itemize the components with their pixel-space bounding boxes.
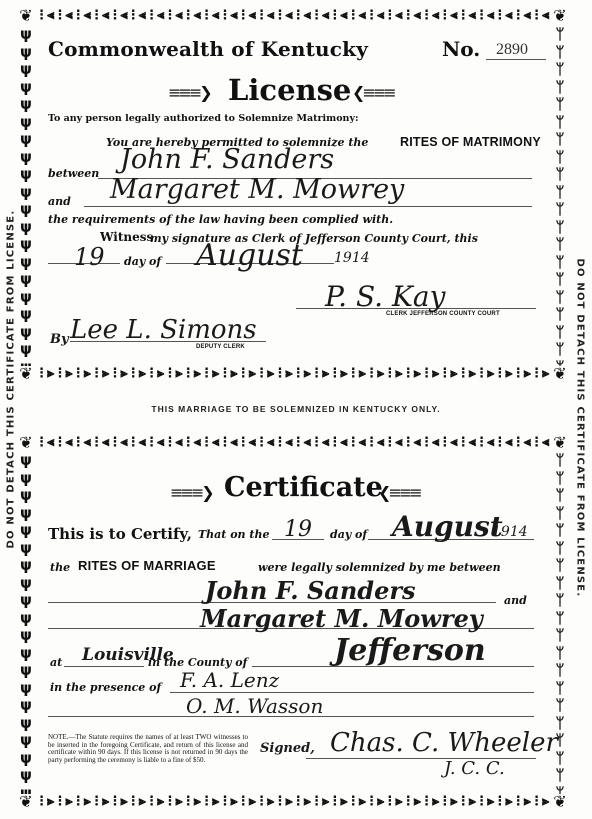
border-corner-ornament: ❦ <box>17 365 35 383</box>
witness1-handwritten: F. A. Lenz <box>180 668 279 692</box>
witness2-handwritten: O. M. Wasson <box>186 694 323 718</box>
cert-month-handwritten: August <box>392 510 503 543</box>
by-label: By <box>50 332 69 347</box>
commonwealth-header: Commonwealth of Kentucky <box>48 37 368 61</box>
left-flourish-icon: ≡≡≡❯ <box>168 83 210 102</box>
license-number-value: 2890 <box>486 41 546 60</box>
cert-day-of-label: day of <box>330 528 367 541</box>
statute-note: NOTE.—The Statute requires the names of … <box>48 734 248 764</box>
license-number-label: No. <box>442 37 480 61</box>
license-right-border: ᛘᛘᛘᛘᛘᛘᛘᛘᛘᛘᛘᛘᛘᛘᛘᛘᛘᛘᛘᛘ <box>551 26 569 366</box>
border-corner-ornament: ❦ <box>17 7 35 25</box>
cert-groom-handwritten: John F. Sanders <box>205 576 416 605</box>
license-top-border: ⋮⫷⋮⫷⋮⫷⋮⫷⋮⫷⋮⫷⋮⫷⋮⫷⋮⫷⋮⫷⋮⫷⋮⫷⋮⫷⋮⫷⋮⫷⋮⫷⋮⫷⋮⫷⋮⫷⋮⫷… <box>35 9 552 23</box>
officiant-signature: Chas. C. Wheeler <box>330 728 558 758</box>
deputy-title: DEPUTY CLERK <box>196 344 245 350</box>
day-of-label: day of <box>124 255 161 268</box>
border-corner-ornament: ❦ <box>551 793 569 811</box>
border-corner-ornament: ❦ <box>17 793 35 811</box>
license-day-handwritten: 19 <box>74 243 105 271</box>
clerk-signature: P. S. Kay <box>325 280 445 313</box>
county-handwritten: Jefferson <box>334 633 486 668</box>
deputy-signature: Lee L. Simons <box>70 315 257 345</box>
license-year-handwritten: 1914 <box>334 250 370 266</box>
clerk-title: CLERK JEFFERSON COUNTY COURT <box>386 311 500 317</box>
cert-bride-handwritten: Margaret M. Mowrey <box>200 604 483 633</box>
addressee-text: To any person legally authorized to Sole… <box>48 113 359 124</box>
rites-of-marriage: RITES OF MARRIAGE <box>78 558 216 573</box>
license-bottom-border: ⋮⫸⋮⫸⋮⫸⋮⫸⋮⫸⋮⫸⋮⫸⋮⫸⋮⫸⋮⫸⋮⫸⋮⫸⋮⫸⋮⫸⋮⫸⋮⫸⋮⫸⋮⫸⋮⫸⋮⫸… <box>35 367 552 381</box>
at-label: at <box>50 656 62 669</box>
bride-name-handwritten: Margaret M. Mowrey <box>110 174 404 205</box>
border-corner-ornament: ❦ <box>551 365 569 383</box>
border-corner-ornament: ❦ <box>551 434 569 452</box>
cert-and-label: and <box>504 594 527 607</box>
signed-label: Signed, <box>260 741 315 756</box>
officiant-title: J. C. C. <box>444 758 505 779</box>
border-corner-ornament: ❦ <box>551 7 569 25</box>
that-on-text: That on the <box>198 528 269 541</box>
kentucky-only-notice: THIS MARRIAGE TO BE SOLEMNIZED IN KENTUC… <box>0 404 592 414</box>
certificate-bottom-border: ⋮⫸⋮⫸⋮⫸⋮⫸⋮⫸⋮⫸⋮⫸⋮⫸⋮⫸⋮⫸⋮⫸⋮⫸⋮⫸⋮⫸⋮⫸⋮⫸⋮⫸⋮⫸⋮⫸⋮⫸… <box>35 795 552 809</box>
certify-label: This is to Certify, <box>48 525 192 543</box>
witness1-line <box>170 692 534 693</box>
license-title: License <box>228 73 351 107</box>
license-month-handwritten: August <box>196 238 303 273</box>
certificate-title: Certificate <box>224 472 383 503</box>
and-label: and <box>48 195 71 208</box>
presence-label: in the presence of <box>50 681 161 694</box>
border-corner-ornament: ❦ <box>17 434 35 452</box>
between-label: between <box>48 167 99 180</box>
right-flourish-icon: ❮≡≡≡ <box>378 483 420 502</box>
place-line <box>64 666 144 667</box>
bride-line <box>84 206 532 207</box>
cert-year-handwritten: 1914 <box>492 524 528 540</box>
certificate-top-border: ⋮⫷⋮⫷⋮⫷⋮⫷⋮⫷⋮⫷⋮⫷⋮⫷⋮⫷⋮⫷⋮⫷⋮⫷⋮⫷⋮⫷⋮⫷⋮⫷⋮⫷⋮⫷⋮⫷⋮⫷… <box>35 436 552 450</box>
rites-of-matrimony: RITES OF MATRIMONY <box>400 135 541 149</box>
witness-label: Witness <box>100 230 153 244</box>
license-left-border: ψψψψψψψψψψψψψψψψψψψψ <box>17 26 35 366</box>
groom-name-handwritten: John F. Sanders <box>120 144 334 175</box>
certificate-left-border: ψψψψψψψψψψψψψψψψψψψψ <box>17 452 35 794</box>
left-flourish-icon: ≡≡≡❯ <box>170 483 212 502</box>
right-flourish-icon: ❮≡≡≡ <box>352 83 394 102</box>
the-label: the <box>50 561 70 574</box>
solemnized-text: were legally solemnized by me between <box>258 561 501 574</box>
requirements-text: the requirements of the law having been … <box>48 213 393 226</box>
cert-day-handwritten: 19 <box>284 517 312 542</box>
